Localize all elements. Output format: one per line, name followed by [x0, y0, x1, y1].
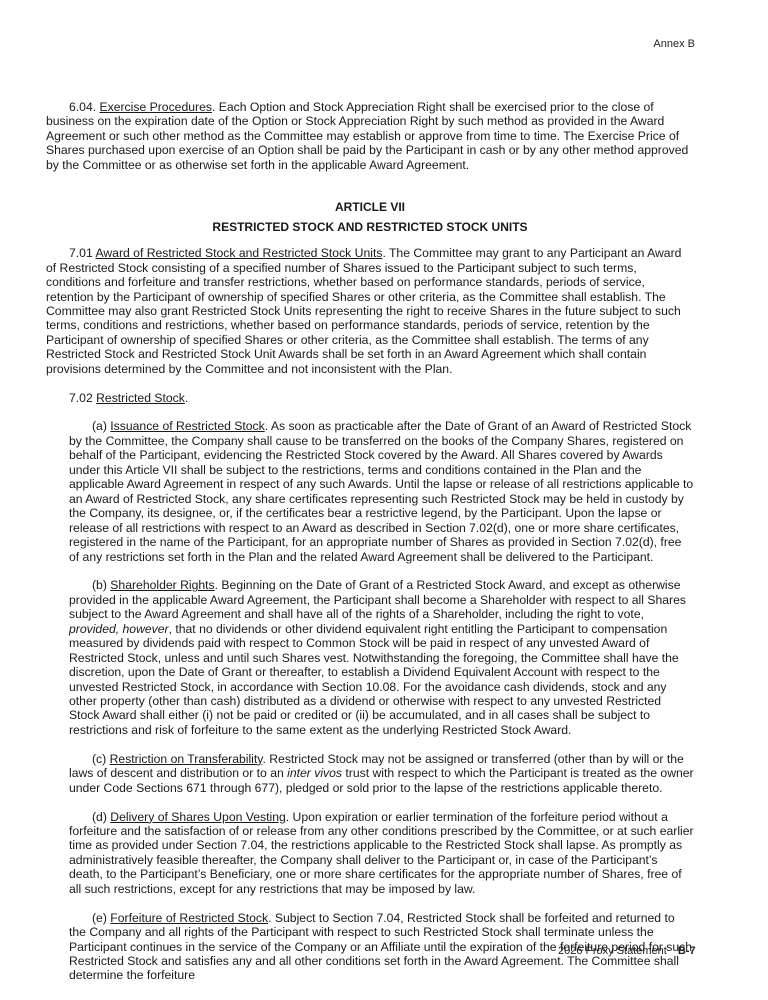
page-header-annex: Annex B	[653, 38, 695, 50]
subsection-italic: provided, however	[69, 622, 169, 636]
article-number: ARTICLE VII	[46, 200, 694, 214]
section-title: Exercise Procedures	[100, 100, 212, 114]
subsection-c: (c) Restriction on Transferability. Rest…	[69, 752, 694, 795]
subsection-text: . As soon as practicable after the Date …	[69, 419, 693, 563]
document-body: 6.04. Exercise Procedures. Each Option a…	[46, 100, 694, 997]
subsection-label: (e)	[92, 911, 107, 925]
page-footer: 2026 Proxy StatementB-7	[558, 945, 696, 957]
subsection-label: (a)	[92, 419, 107, 433]
section-title: Award of Restricted Stock and Restricted…	[95, 246, 382, 260]
footer-document-name: 2026 Proxy Statement	[558, 945, 667, 957]
section-heading-period: .	[185, 391, 188, 405]
subsection-title: Shareholder Rights	[110, 578, 214, 592]
section-number: 7.02	[69, 391, 93, 405]
subsection-title: Issuance of Restricted Stock	[110, 419, 264, 433]
section-6-04: 6.04. Exercise Procedures. Each Option a…	[46, 100, 694, 172]
section-title: Restricted Stock	[96, 391, 185, 405]
subsection-b: (b) Shareholder Rights. Beginning on the…	[69, 578, 694, 737]
subsection-d: (d) Delivery of Shares Upon Vesting. Upo…	[69, 810, 694, 897]
subsection-label: (b)	[92, 578, 107, 592]
footer-page-number: B-7	[678, 945, 696, 957]
article-title: RESTRICTED STOCK AND RESTRICTED STOCK UN…	[46, 220, 694, 234]
section-text: . The Committee may grant to any Partici…	[46, 246, 681, 376]
section-number: 7.01	[69, 246, 93, 260]
subsection-italic: inter vivos	[287, 766, 342, 780]
section-number: 6.04.	[69, 100, 96, 114]
subsection-title: Delivery of Shares Upon Vesting	[110, 810, 285, 824]
subsection-title: Restriction on Transferability	[110, 752, 263, 766]
subsection-title: Forfeiture of Restricted Stock	[110, 911, 268, 925]
subsection-label: (c)	[92, 752, 106, 766]
subsection-label: (d)	[92, 810, 107, 824]
subsection-a: (a) Issuance of Restricted Stock. As soo…	[69, 419, 694, 564]
section-7-01: 7.01 Award of Restricted Stock and Restr…	[46, 246, 694, 376]
subsection-text-cont: , that no dividends or other dividend eq…	[69, 622, 679, 737]
section-7-02-subsections: (a) Issuance of Restricted Stock. As soo…	[69, 419, 694, 982]
section-7-02-heading: 7.02 Restricted Stock.	[46, 391, 694, 405]
